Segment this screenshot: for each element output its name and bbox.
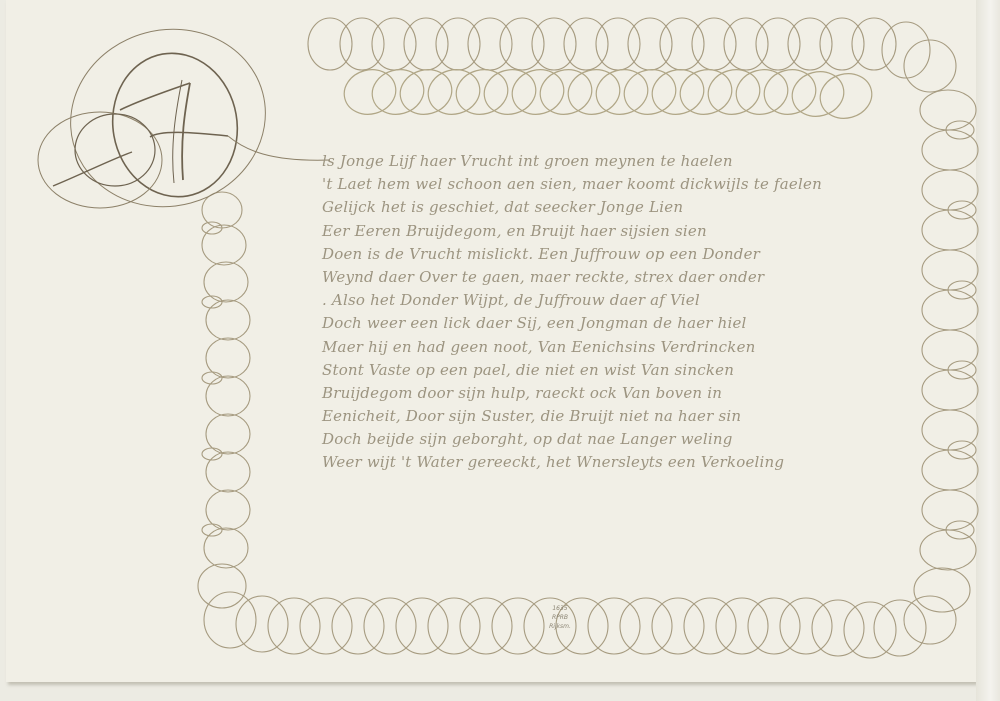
- poem-line: Doch beijde sijn geborght, op dat nae La…: [322, 428, 842, 451]
- poem-line: Eer Eeren Bruijdegom, en Bruijt haer sij…: [322, 220, 842, 243]
- poem-line: Weynd daer Over te gaen, maer reckte, st…: [322, 266, 842, 289]
- poem-line: Doch weer een lick daer Sij, een Jongman…: [322, 312, 842, 335]
- collection-stamp: 1635 RPRB Rijksm.: [540, 604, 580, 631]
- page-edge: [976, 0, 1000, 701]
- stamp-line: Rijksm.: [540, 622, 580, 631]
- stamp-line: RPRB: [540, 613, 580, 622]
- stamp-line: 1635: [540, 604, 580, 613]
- poem-line: Stont Vaste op een pael, die niet en wis…: [322, 359, 842, 382]
- poem-line: 't Laet hem wel schoon aen sien, maer ko…: [322, 173, 842, 196]
- poem-line: Bruijdegom door sijn hulp, raeckt ock Va…: [322, 382, 842, 405]
- poem-line: . Also het Donder Wijpt, de Juffrouw dae…: [322, 289, 842, 312]
- poem-line: Gelijck het is geschiet, dat seecker Jon…: [322, 196, 842, 219]
- poem-line: Doen is de Vrucht mislickt. Een Juffrouw…: [322, 243, 842, 266]
- poem-line: Eenicheit, Door sijn Suster, die Bruijt …: [322, 405, 842, 428]
- poem-line: ls Jonge Lijf haer Vrucht int groen meyn…: [322, 150, 842, 173]
- poem-line: Maer hij en had geen noot, Van Eenichsin…: [322, 336, 842, 359]
- poem-line: Weer wijt 't Water gereeckt, het Wnersle…: [322, 451, 842, 474]
- poem-text-block: ls Jonge Lijf haer Vrucht int groen meyn…: [322, 150, 842, 475]
